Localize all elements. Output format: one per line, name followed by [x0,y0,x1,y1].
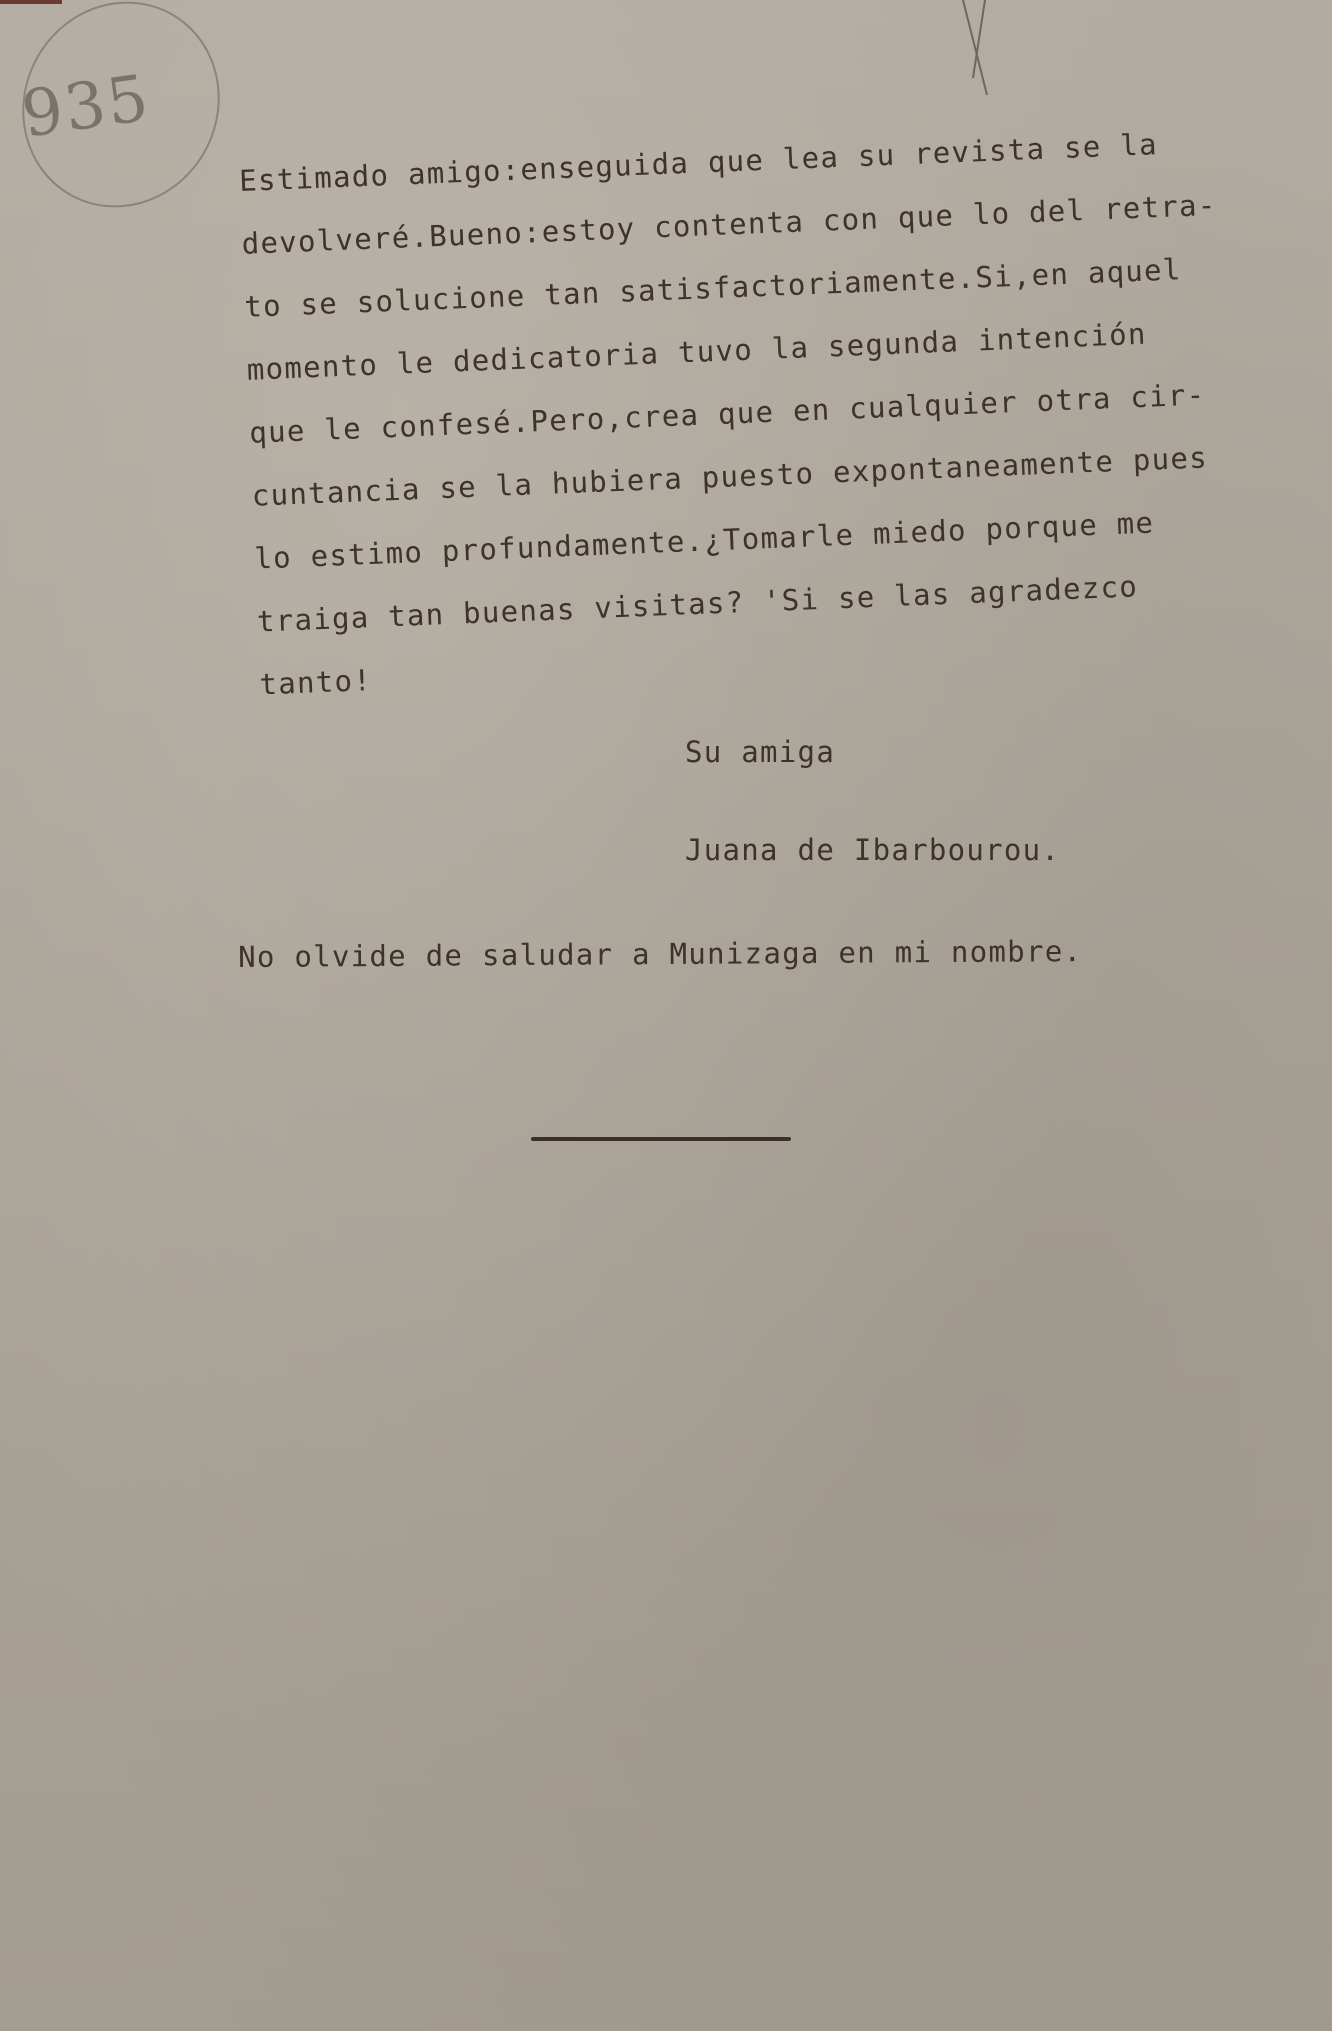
postscript: No olvide de saludar a Munizaga en mi no… [238,934,1082,974]
edge-strip [0,0,62,4]
signature: Juana de Ibarbourou. [685,833,1060,867]
horizontal-rule [531,1137,791,1141]
x-mark-icon [955,0,995,100]
letter-body: Estimado amigo:enseguida que lea su revi… [238,108,1300,716]
bleed-through-stamp [940,1850,1330,2020]
closing: Su amiga [685,735,835,769]
